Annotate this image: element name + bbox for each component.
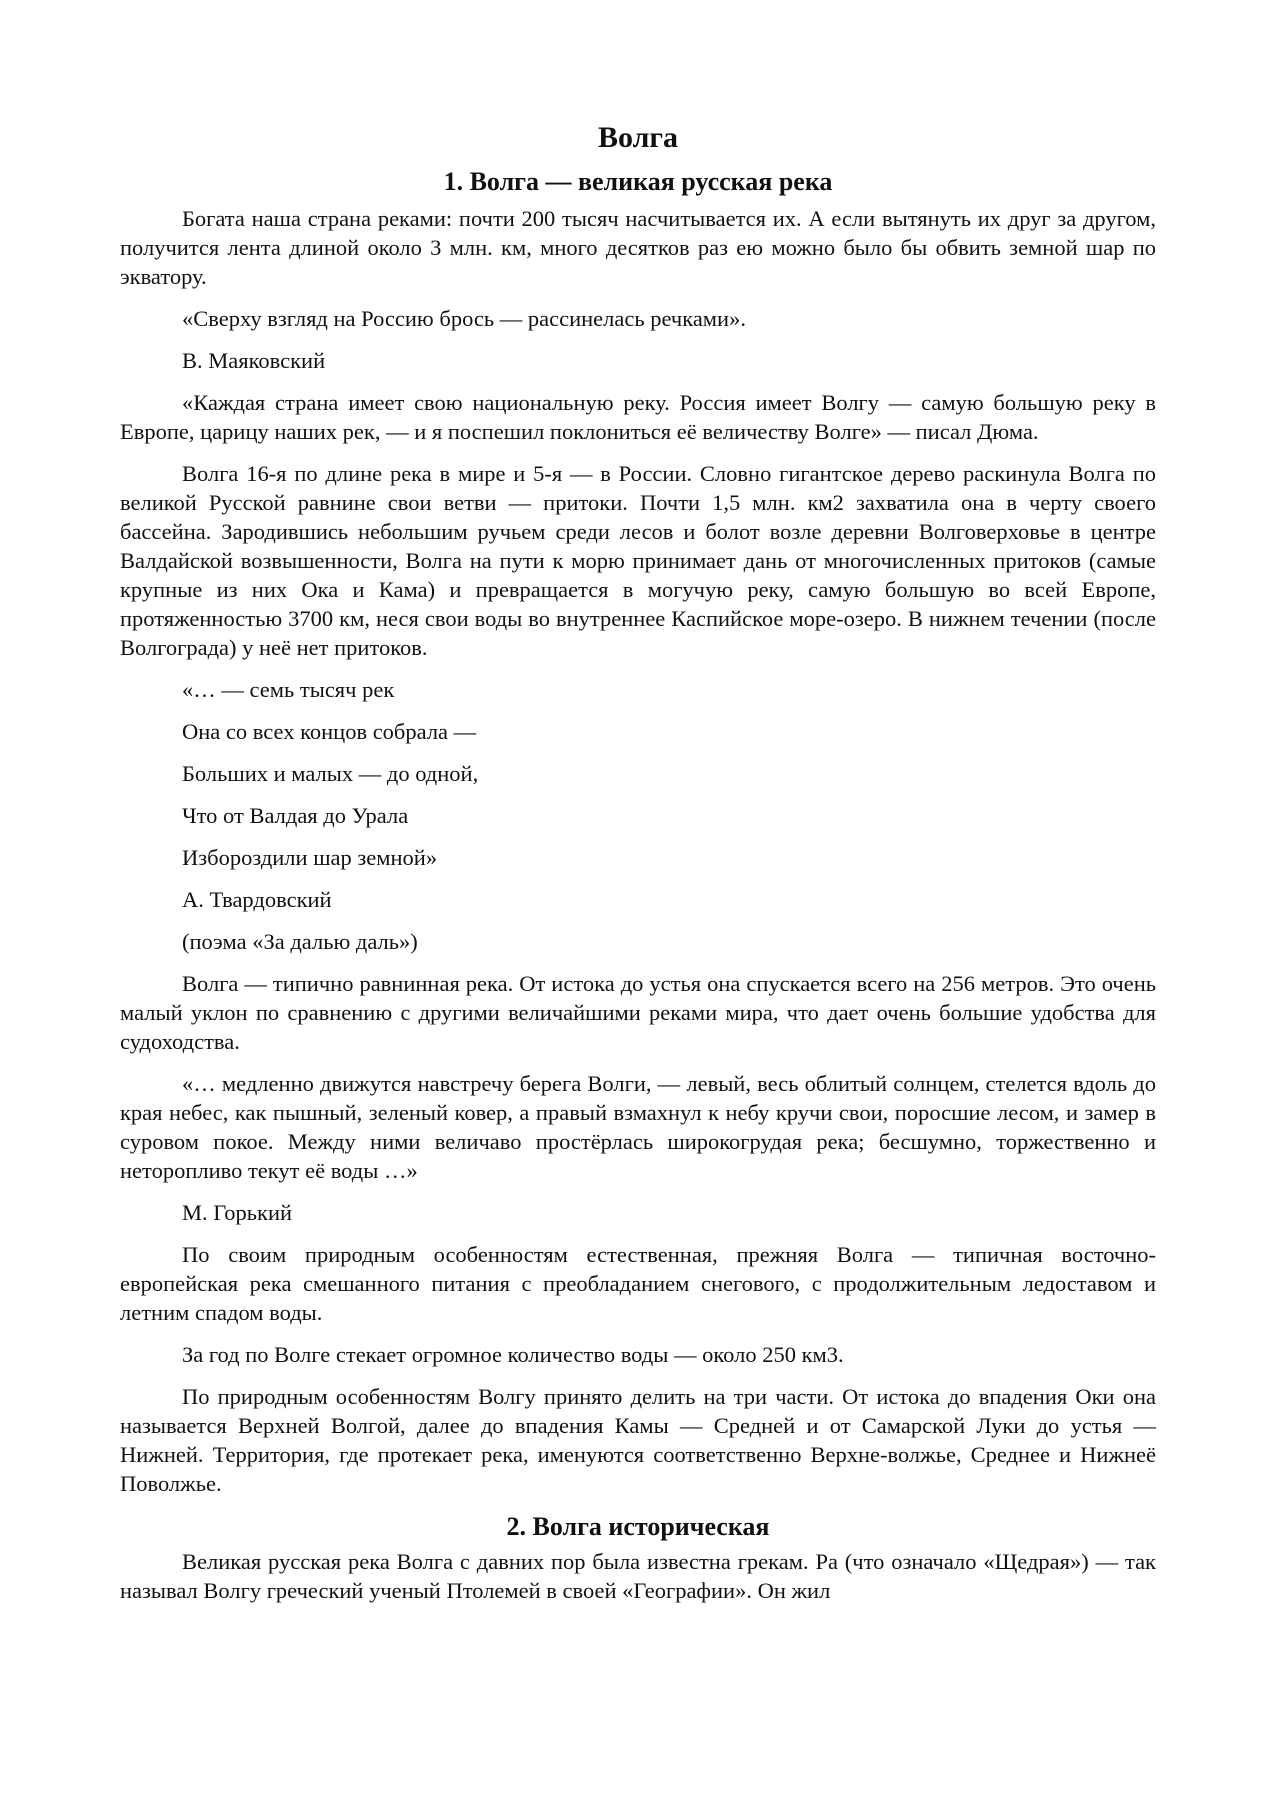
quote-source: (поэма «За далью даль») xyxy=(120,927,1156,956)
document-title: Волга xyxy=(120,118,1156,158)
paragraph: За год по Волге стекает огромное количес… xyxy=(120,1340,1156,1369)
paragraph: Великая русская река Волга с давних пор … xyxy=(120,1547,1156,1605)
poem-line: Она со всех концов собрала — xyxy=(120,717,1156,746)
document-page: Волга 1. Волга — великая русская река Бо… xyxy=(120,118,1156,1618)
poem-line: «… — семь тысяч рек xyxy=(120,675,1156,704)
quote-author: М. Горький xyxy=(120,1198,1156,1227)
poem-line: Больших и малых — до одной, xyxy=(120,759,1156,788)
poem-line: Избороздили шар земной» xyxy=(120,843,1156,872)
section-heading: 1. Волга — великая русская река xyxy=(120,166,1156,198)
quote-author: В. Маяковский xyxy=(120,346,1156,375)
poem-line: Что от Валдая до Урала xyxy=(120,801,1156,830)
section-heading: 2. Волга историческая xyxy=(120,1511,1156,1543)
paragraph: Волга 16-я по длине река в мире и 5-я — … xyxy=(120,459,1156,662)
quote-line: «Сверху взгляд на Россию брось — рассине… xyxy=(120,304,1156,333)
paragraph: По своим природным особенностям естестве… xyxy=(120,1240,1156,1327)
paragraph: Богата наша страна реками: почти 200 тыс… xyxy=(120,204,1156,291)
quote-author: А. Твардовский xyxy=(120,885,1156,914)
paragraph: Волга — типично равнинная река. От исток… xyxy=(120,969,1156,1056)
paragraph: «Каждая страна имеет свою национальную р… xyxy=(120,388,1156,446)
paragraph: По природным особенностям Волгу принято … xyxy=(120,1382,1156,1498)
paragraph: «… медленно движутся навстречу берега Во… xyxy=(120,1069,1156,1185)
